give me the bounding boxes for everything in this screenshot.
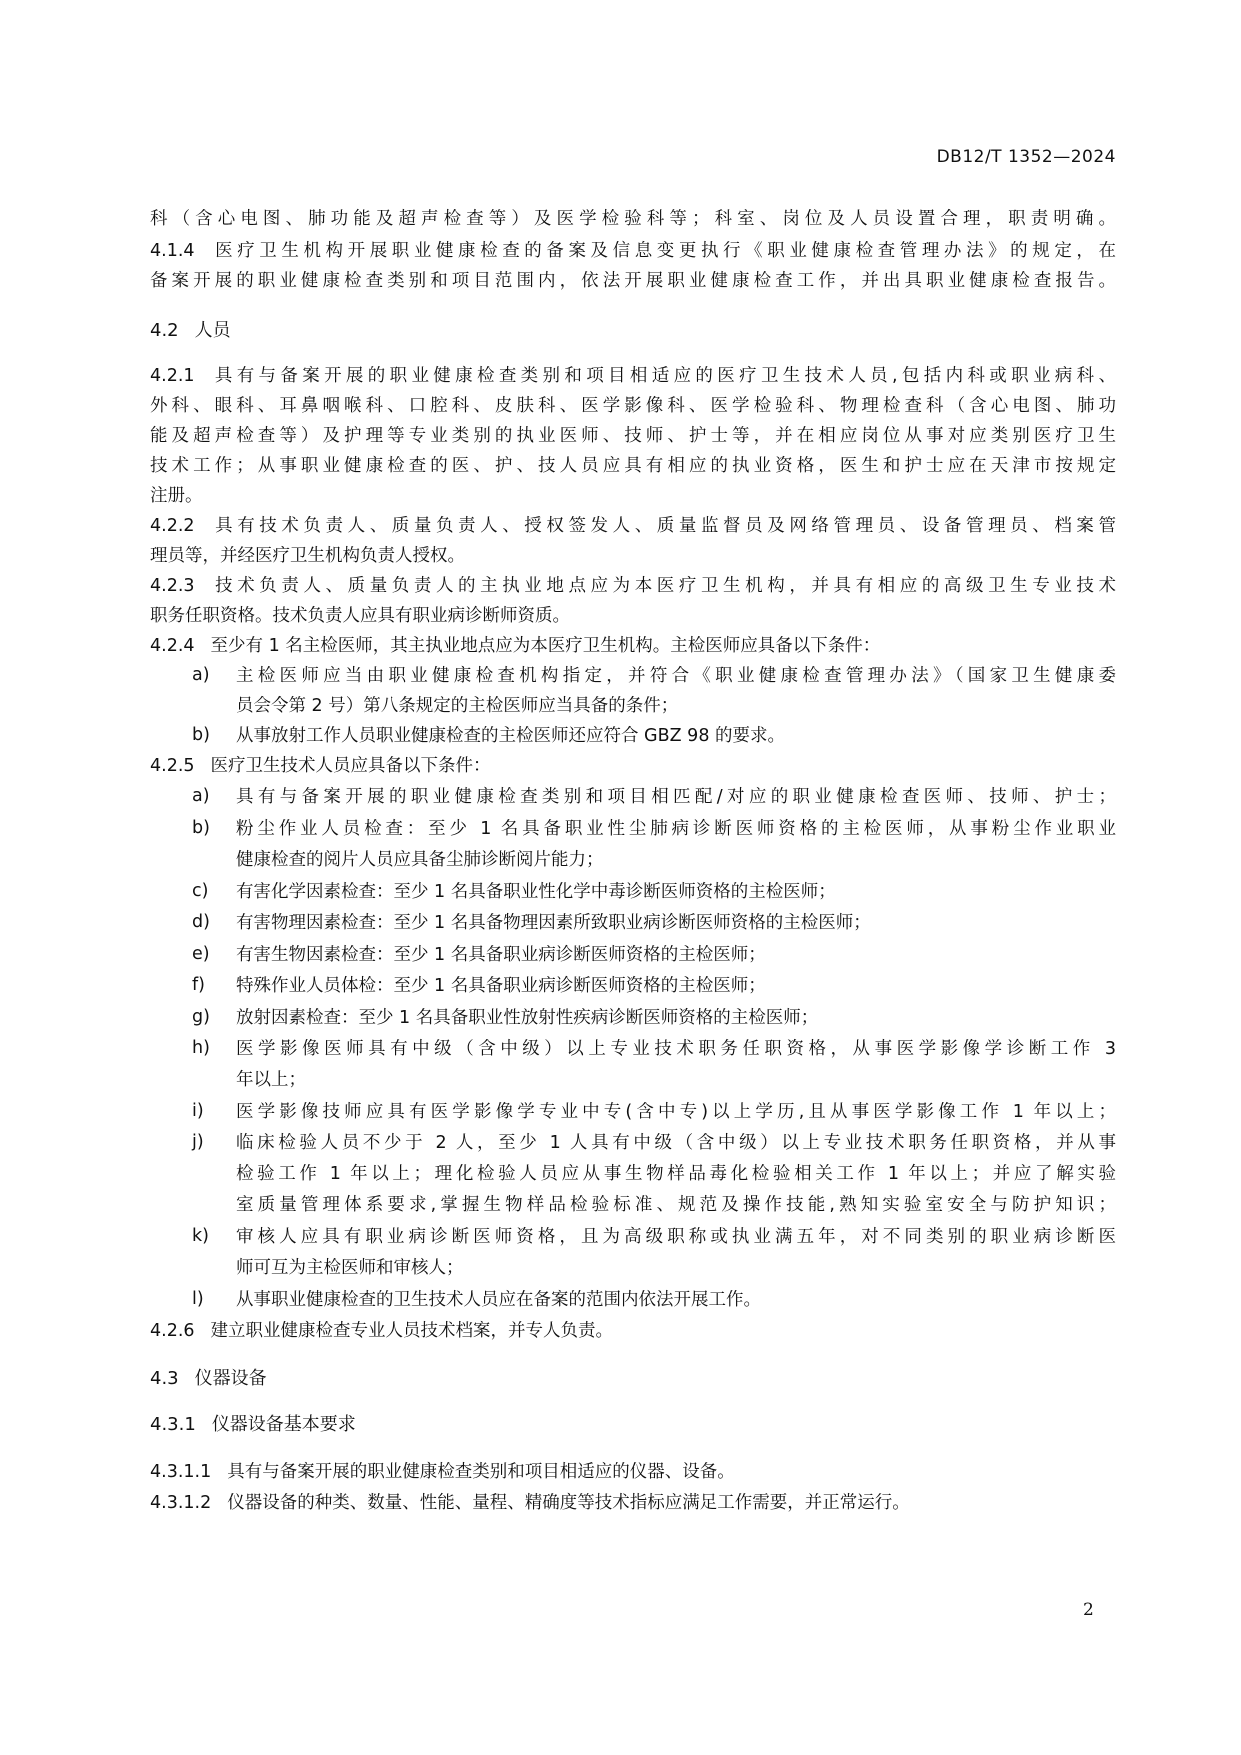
list-item-text: 有害生物因素检查：至少 1 名具备职业病诊断医师资格的主检医师； <box>236 944 766 966</box>
clause-number: 4.3.1.2 <box>150 1492 211 1514</box>
list-item-text: 员会令第 2 号）第八条规定的主检医师应当具备的条件； <box>236 695 678 717</box>
list-marker: b) <box>192 818 210 838</box>
list-item-text: 年以上； <box>236 1069 306 1091</box>
list-marker: k) <box>192 1226 209 1246</box>
clause-number: 4.1.4 <box>150 240 195 262</box>
list-marker: f) <box>192 975 205 995</box>
clause-4-2-4: 4.2.4至少有 1 名主检医师，其主执业地点应为本医疗卫生机构。主检医师应具备… <box>150 635 880 657</box>
document-code: DB12/T 1352—2024 <box>937 147 1116 167</box>
list-marker: j) <box>192 1132 204 1152</box>
section-title: 人员 <box>195 320 231 341</box>
section-title: 仪器设备 <box>195 1368 267 1389</box>
paragraph-line: 外科、眼科、耳鼻咽喉科、口腔科、皮肤科、医学影像科、医学检验科、物理检查科（含心… <box>150 395 1116 417</box>
list-marker: g) <box>192 1007 210 1027</box>
list-item-text: 师可互为主检医师和审核人； <box>236 1257 464 1279</box>
subsection-title: 仪器设备基本要求 <box>212 1414 356 1435</box>
list-item-text: 医学影像技师应具有医学影像学专业中专(含中专)以上学历,且从事医学影像工作 1 … <box>236 1101 1116 1123</box>
list-marker: c) <box>192 881 208 901</box>
list-item-text: 有害物理因素检查：至少 1 名具备物理因素所致职业病诊断医师资格的主检医师； <box>236 912 871 934</box>
list-item-text: 临床检验人员不少于 2 人，至少 1 人具有中级（含中级）以上专业技术职务任职资… <box>236 1132 1116 1154</box>
section-heading-4-2: 4.2人员 <box>150 320 231 342</box>
section-number: 4.3 <box>150 1368 179 1390</box>
list-item-text: 审核人应具有职业病诊断医师资格，且为高级职称或执业满五年，对不同类别的职业病诊断… <box>236 1226 1116 1248</box>
list-marker: a) <box>192 665 210 685</box>
clause-4-2-1: 4.2.1具有与备案开展的职业健康检查类别和项目相适应的医疗卫生技术人员,包括内… <box>150 365 1116 387</box>
list-item-text: 具有与备案开展的职业健康检查类别和项目相匹配/对应的职业健康检查医师、技师、护士… <box>236 786 1116 808</box>
list-item-text: 主检医师应当由职业健康检查机构指定，并符合《职业健康检查管理办法》（国家卫生健康… <box>236 665 1116 687</box>
list-item-text: 特殊作业人员体检：至少 1 名具备职业病诊断医师资格的主检医师； <box>236 975 766 997</box>
paragraph-line: 能及超声检查等）及护理等专业类别的执业医师、技师、护士等，并在相应岗位从事对应类… <box>150 425 1116 447</box>
list-item-text: 放射因素检查：至少 1 名具备职业性放射性疾病诊断医师资格的主检医师； <box>236 1007 818 1029</box>
clause-text: 具有与备案开展的职业健康检查类别和项目相适应的仪器、设备。 <box>227 1462 735 1482</box>
clause-4-3-1-2: 4.3.1.2仪器设备的种类、数量、性能、量程、精确度等技术指标应满足工作需要，… <box>150 1492 910 1514</box>
clause-4-2-6: 4.2.6建立职业健康检查专业人员技术档案，并专人负责。 <box>150 1320 613 1342</box>
clause-4-1-4: 4.1.4医疗卫生机构开展职业健康检查的备案及信息变更执行《职业健康检查管理办法… <box>150 240 1116 262</box>
clause-number: 4.2.4 <box>150 635 195 657</box>
clause-number: 4.3.1.1 <box>150 1461 211 1483</box>
clause-text: 技术负责人、质量负责人的主执业地点应为本医疗卫生机构，并具有相应的高级卫生专业技… <box>211 576 1116 596</box>
paragraph-line: 科（含心电图、肺功能及超声检查等）及医学检验科等；科室、岗位及人员设置合理，职责… <box>150 208 1116 230</box>
clause-number: 4.2.6 <box>150 1320 195 1342</box>
subsection-heading-4-3-1: 4.3.1仪器设备基本要求 <box>150 1414 356 1436</box>
list-marker: b) <box>192 725 210 745</box>
list-marker: e) <box>192 944 210 964</box>
list-item-text: 室质量管理体系要求,掌握生物样品检验标准、规范及操作技能,熟知实验室安全与防护知… <box>236 1194 1116 1216</box>
list-marker: i) <box>192 1101 204 1121</box>
document-page: DB12/T 1352—2024 科（含心电图、肺功能及超声检查等）及医学检验科… <box>0 0 1241 1755</box>
clause-text: 医疗卫生技术人员应具备以下条件： <box>211 756 491 776</box>
clause-text: 具有与备案开展的职业健康检查类别和项目相适应的医疗卫生技术人员,包括内科或职业病… <box>211 366 1116 386</box>
clause-4-2-2: 4.2.2具有技术负责人、质量负责人、授权签发人、质量监督员及网络管理员、设备管… <box>150 515 1116 537</box>
list-marker: l) <box>192 1289 204 1309</box>
clause-number: 4.2.1 <box>150 365 195 387</box>
clause-number: 4.2.2 <box>150 515 195 537</box>
list-item-text: 从事职业健康检查的卫生技术人员应在备案的范围内依法开展工作。 <box>236 1289 761 1311</box>
list-item-text: 检验工作 1 年以上；理化检验人员应从事生物样品毒化检验相关工作 1 年以上；并… <box>236 1163 1116 1185</box>
clause-4-2-5: 4.2.5医疗卫生技术人员应具备以下条件： <box>150 755 491 777</box>
list-marker: h) <box>192 1038 210 1058</box>
section-number: 4.2 <box>150 320 179 342</box>
page-number: 2 <box>1083 1600 1094 1620</box>
clause-number: 4.2.5 <box>150 755 195 777</box>
clause-text: 具有技术负责人、质量负责人、授权签发人、质量监督员及网络管理员、设备管理员、档案… <box>211 516 1116 536</box>
paragraph-line: 备案开展的职业健康检查类别和项目范围内，依法开展职业健康检查工作，并出具职业健康… <box>150 270 1116 292</box>
clause-4-2-3: 4.2.3技术负责人、质量负责人的主执业地点应为本医疗卫生机构，并具有相应的高级… <box>150 575 1116 597</box>
list-marker: d) <box>192 912 210 932</box>
clause-text: 医疗卫生机构开展职业健康检查的备案及信息变更执行《职业健康检查管理办法》的规定，… <box>211 241 1116 261</box>
list-item-text: 从事放射工作人员职业健康检查的主检医师还应符合 GBZ 98 的要求。 <box>236 725 785 747</box>
section-heading-4-3: 4.3仪器设备 <box>150 1368 267 1390</box>
list-item-text: 健康检查的阅片人员应具备尘肺诊断阅片能力； <box>236 849 604 871</box>
clause-4-3-1-1: 4.3.1.1具有与备案开展的职业健康检查类别和项目相适应的仪器、设备。 <box>150 1461 735 1483</box>
clause-number: 4.2.3 <box>150 575 195 597</box>
clause-text: 建立职业健康检查专业人员技术档案，并专人负责。 <box>211 1321 614 1341</box>
list-item-text: 医学影像医师具有中级（含中级）以上专业技术职务任职资格，从事医学影像学诊断工作 … <box>236 1038 1116 1060</box>
paragraph-line: 技术工作；从事职业健康检查的医、护、技人员应具有相应的执业资格，医生和护士应在天… <box>150 455 1116 477</box>
subsection-number: 4.3.1 <box>150 1414 196 1436</box>
list-marker: a) <box>192 786 210 806</box>
list-item-text: 粉尘作业人员检查：至少 1 名具备职业性尘肺病诊断医师资格的主检医师，从事粉尘作… <box>236 818 1116 840</box>
paragraph-line: 注册。 <box>150 485 203 507</box>
paragraph-line: 理员等，并经医疗卫生机构负责人授权。 <box>150 545 465 567</box>
clause-text: 仪器设备的种类、数量、性能、量程、精确度等技术指标应满足工作需要，并正常运行。 <box>227 1493 910 1513</box>
paragraph-line: 职务任职资格。技术负责人应具有职业病诊断师资质。 <box>150 605 570 627</box>
clause-text: 至少有 1 名主检医师，其主执业地点应为本医疗卫生机构。主检医师应具备以下条件： <box>211 636 881 656</box>
list-item-text: 有害化学因素检查：至少 1 名具备职业性化学中毒诊断医师资格的主检医师； <box>236 881 836 903</box>
